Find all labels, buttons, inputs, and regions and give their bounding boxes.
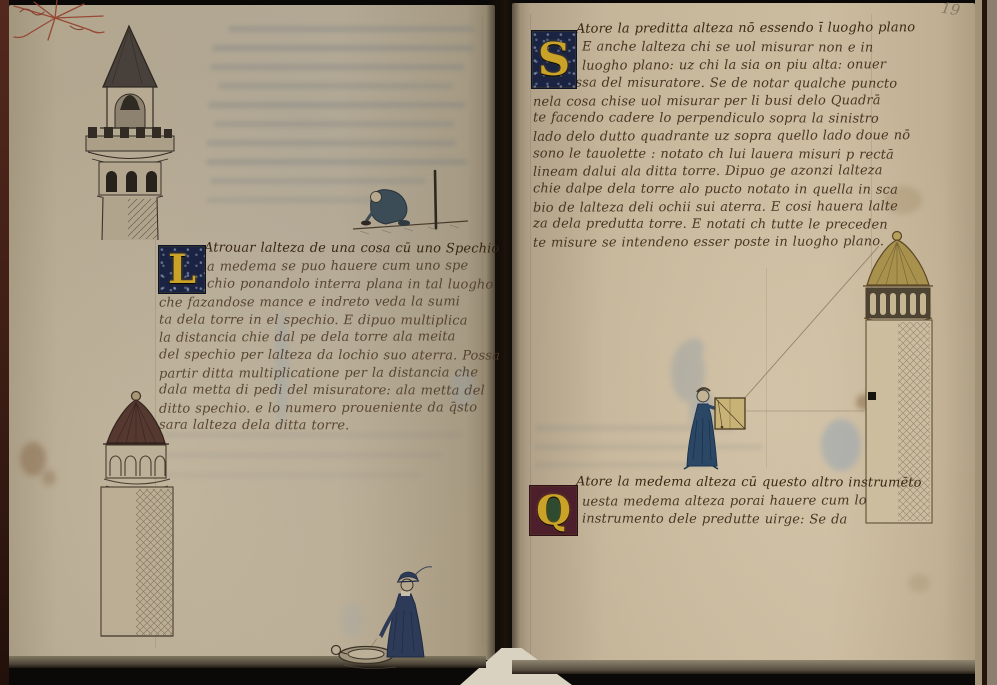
right-heading-2: Atore la medema alteza cū questo altro i… [576, 473, 922, 491]
text-line: instrumento dele predutte uirge: Se da [582, 511, 847, 529]
text-line: del spechio per lalteza da lochio suo at… [159, 346, 500, 364]
illuminated-initial-q: Q [529, 485, 578, 536]
right-heading: Atore la preditta alteza nō essendo ī lu… [576, 19, 915, 37]
bleed-through-line [206, 140, 456, 146]
right-page-bottom-edge [512, 660, 975, 674]
bleed-through-line [210, 64, 465, 70]
text-line: luogho plano: uz chi la sia on piu alta:… [582, 56, 886, 74]
ruling-line [482, 15, 483, 645]
illuminated-initial-l: L [158, 245, 206, 294]
text-line: te misure se intendeno esser poste in lu… [533, 233, 884, 252]
text-line: sara lalteza dela ditta torre. [159, 417, 349, 435]
stain [908, 574, 930, 592]
text-line: uesta medema alteza porai hauere cum lo [582, 492, 867, 510]
text-line: che fazandose mance e indreto veda la su… [159, 293, 460, 311]
text-line: partir ditta multiplicatione per la dist… [159, 364, 478, 382]
stain [42, 470, 56, 486]
ruling-line [155, 238, 156, 648]
text-line: dala metta di pedi del misuratore: ala m… [159, 381, 485, 399]
book-cover-edge [0, 0, 9, 685]
left-heading: Atrouar lalteza de una cosa cū uno Spech… [204, 239, 499, 257]
fore-edge [975, 0, 997, 685]
text-line: la distancia chie dal pe dela torre ala … [159, 328, 456, 346]
text-line: chio ponandolo interra plana in tal luog… [207, 276, 493, 294]
bleed-through-line [162, 472, 422, 478]
ruling-line [530, 14, 531, 654]
left-page-bottom-edge [9, 656, 486, 668]
text-line: ditto spechio. e lo numero proueniente d… [159, 399, 477, 417]
text-line: ta dela torre in el spechio. E dipuo mul… [159, 311, 468, 329]
illuminated-initial-s: S [531, 30, 577, 89]
stain [20, 442, 46, 476]
text-line: za dela predutta torre. E notati ch tutt… [533, 215, 888, 233]
book-gutter [486, 0, 520, 685]
text-line: te facendo cadere lo perpendiculo sopra … [533, 109, 879, 127]
manuscript-photo: 19 L S Q Atrouar lalteza de una cosa cū … [0, 0, 997, 685]
stain [856, 394, 874, 410]
bleed-through-line [210, 178, 426, 184]
bleed-through-line [206, 159, 468, 165]
bleed-through-line [535, 425, 735, 431]
bleed-through-line [212, 45, 474, 51]
bleed-through-line [206, 197, 378, 203]
text-line: sono le tauolette : notato ch lui lauera… [533, 145, 894, 163]
text-line: chie dalpe dela torre alo pucto notato i… [533, 180, 898, 198]
bleed-through-line [162, 452, 442, 458]
text-line: lado delo dutto quadrante uz sopra quell… [533, 127, 910, 146]
text-line: bio de lalteza deli ochii sui aterra. E … [533, 198, 898, 217]
text-line: nela cosa chise uol misurar per li busi … [533, 92, 881, 111]
text-line: E anche lalteza chi se uol misurar non e… [582, 38, 873, 56]
text-line: a medema se puo hauere cum uno spe [207, 257, 468, 275]
bleed-through-line [228, 26, 474, 32]
bleed-through-line [535, 462, 711, 468]
ruling-line [766, 268, 767, 468]
bleed-through-line [208, 102, 466, 108]
bleed-through-line [218, 83, 453, 89]
bleed-through-line [535, 444, 763, 450]
stain [918, 304, 929, 315]
folio-number: 19 [940, 0, 962, 19]
text-line: lineam dalui ala ditta torre. Dipuo ge a… [533, 162, 883, 181]
bleed-through-line [214, 121, 454, 127]
text-line: piu bassa del misuratore. Se de notar qu… [533, 74, 897, 92]
